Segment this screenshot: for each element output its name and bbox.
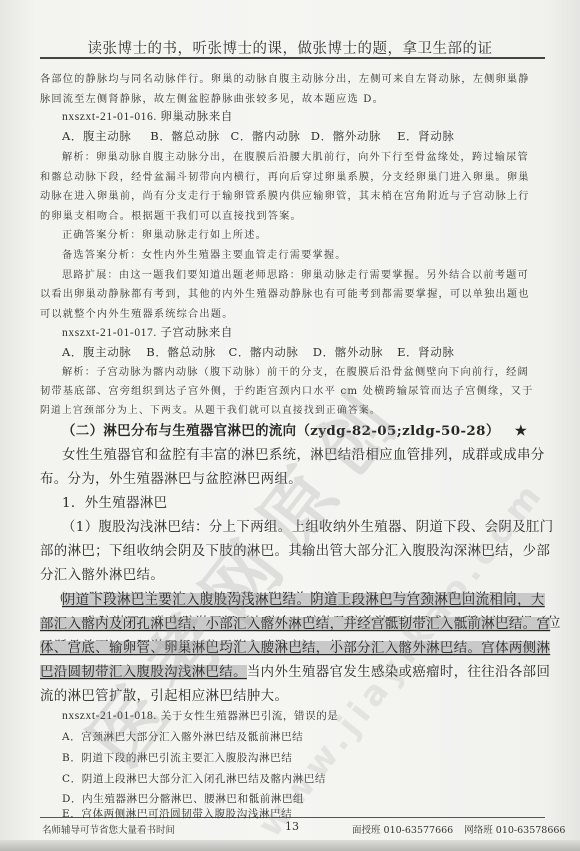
analysis-line: 韧带基底部、宫旁组织到达子宫外侧，于约距宫颈内口水平 cm 处横跨输尿管而达子宫… (40, 382, 534, 397)
analysis-line: 解析：卵巢动脉自腹主动脉分出，在腹膜后沿腰大肌前行，向外下行至骨盆缘处，跨过输尿… (62, 148, 529, 163)
question-id: nxszxt-21-01-016. (62, 111, 157, 123)
footer-contact: 面授班 010-63577666 网络班 010-63578666 (352, 822, 565, 836)
option-c[interactable]: C．阴道上段淋巴大部分汇入闭孔淋巴结及髂内淋巴结 (62, 771, 326, 786)
question-016: nxszxt-21-01-016. 卵巢动脉来自 (62, 108, 233, 124)
extension-line: 可以就整个内外生殖器系统综合出题。 (40, 305, 234, 320)
body-line: （1）腹股沟浅淋巴结：分上下两组。上组收纳外生殖器、阴道下段、会阴及肛门 (62, 516, 554, 535)
option-b[interactable]: B．髂总动脉 (146, 344, 224, 360)
question-id: nxszxt-21-01-017. (62, 327, 157, 339)
analysis-line: 阴道上宫颈部分为上、下两支。从题干我们就可以直接找到正确答案。 (40, 402, 381, 416)
option-c[interactable]: C．髂内动脉 (229, 344, 309, 360)
analysis-line: 的卵巢支相吻合。根据题干我们可以直接找到答案。 (40, 207, 302, 222)
option-b[interactable]: B．阴道下段的淋巴引流主要汇入腹股沟淋巴结 (62, 750, 292, 765)
options-017: A．腹主动脉 B．髂总动脉 C．髂内动脉 D．髂外动脉 E．肾动脉 (62, 344, 454, 360)
option-d[interactable]: D．内生殖器淋巴分髂淋巴、腰淋巴和骶前淋巴组 (62, 791, 304, 806)
alt-analysis: 备选答案分析：女性内外生殖器主要血管走行需要掌握。 (62, 246, 347, 261)
question-018: nxszxt-21-01-018. 关于女性生殖器淋巴引流，错误的是 (62, 708, 338, 723)
section-title: （二）淋巴分布与生殖器官淋巴的流向（zydg-82-05;zldg-50-28） (62, 423, 500, 439)
analysis-line: 动脉在进入卵巢前，尚有分支走行于输卵管系膜内供应输卵管，其末梢在宫角附近与子宫动… (40, 187, 530, 202)
option-c[interactable]: C．髂内动脉 (231, 128, 307, 144)
body-line: 分汇入髂外淋巴结。 (40, 564, 164, 583)
scan-edge (0, 840, 580, 851)
body-line: （2）腹股沟深淋巴结：收纳阴蒂、腹股沟浅淋巴，汇入髂外及闭孔等淋巴结。 (52, 588, 530, 607)
option-e[interactable]: E．肾动脉 (397, 344, 454, 360)
option-d[interactable]: D．髂外动脉 (311, 128, 393, 144)
document-page: 读张博士的书，听张博士的课，做张博士的题，拿卫生部的证 各部位的静脉均与同名动脉… (0, 0, 580, 851)
question-stem: 关于女性生殖器淋巴引流，错误的是 (161, 710, 339, 722)
option-a[interactable]: A．腹主动脉 (62, 128, 146, 144)
section-heading: （二）淋巴分布与生殖器官淋巴的流向（zydg-82-05;zldg-50-28）… (62, 420, 527, 439)
body-line: 于骶骨前面）和腰淋巴组（位于腹主动脉旁）3 组。 (40, 636, 357, 655)
intro-line: 各部位的静脉均与同名动脉伴行。卵巢的动脉自腹主动脉分出，左侧可来自左肾动脉，左侧… (40, 70, 530, 85)
online-class-phone: 网络班 010-63578666 (464, 825, 565, 836)
body-line: 布。分为，外生殖器淋巴与盆腔淋巴两组。 (40, 468, 302, 487)
extension-line: 以看出卵巢动静脉都有考到，其他的内外生殖器动静脉也有可能考到都需要掌握，可以单独… (40, 285, 530, 300)
page-number: 13 (285, 820, 299, 833)
header-rule (40, 57, 545, 59)
option-e[interactable]: E．肾动脉 (397, 128, 454, 144)
subheading: 2．盆腔淋巴 分为髂淋巴组（由髂内、髂外及髂总淋巴结组成）、骶前淋巴组（位 (62, 612, 561, 631)
footer-left: 名师辅导可节省您大量看书时间 (42, 822, 175, 836)
option-a[interactable]: A．腹主动脉 (62, 344, 142, 360)
option-d[interactable]: D．髂外动脉 (313, 344, 393, 360)
face-class-phone: 面授班 010-63577666 (352, 825, 453, 836)
question-017: nxszxt-21-01-017. 子宫动脉来自 (62, 324, 233, 340)
question-stem: 卵巢动脉来自 (160, 111, 233, 123)
subheading: 1．外生殖器淋巴 (62, 492, 167, 511)
analysis-line: 和髂总动脉下段，经骨盆漏斗韧带向内横行，再向后穿过卵巢系膜，分支经卵巢门进入卵巢… (40, 168, 530, 183)
question-id: nxszxt-21-01-018. (62, 710, 157, 722)
question-stem: 子宫动脉来自 (160, 327, 233, 339)
body-line: 女性生殖器官和盆腔有丰富的淋巴系统，淋巴结沿相应血管排列，成群或成串分 (62, 444, 545, 463)
option-b[interactable]: B．髂总动脉 (150, 128, 226, 144)
page-header-title: 读张博士的书，听张博士的课，做张博士的题，拿卫生部的证 (0, 37, 580, 58)
analysis-line: 解析：子宫动脉为髂内动脉（腹下动脉）前干的分支，在腹膜后沿骨盆侧壁向下向前行，经… (62, 363, 529, 378)
intro-line: 脉回流至左侧肾静脉，故左侧盆腔静脉曲张较多见，故本题应选 D。 (40, 90, 384, 105)
extension-line: 思路扩展：由这一题我们要知道出题老师思路：卵巢动脉走行需要掌握。另外结合以前考题… (62, 266, 529, 281)
star-icon: ★ (515, 423, 527, 439)
option-a[interactable]: A．宫颈淋巴大部分汇入髂外淋巴结及骶前淋巴结 (62, 729, 303, 744)
correct-analysis: 正确答案分析：卵巢动脉走行如上所述。 (62, 226, 267, 241)
options-016: A．腹主动脉 B．髂总动脉 C．髂内动脉 D．髂外动脉 E．肾动脉 (62, 128, 454, 144)
option-e[interactable]: E．宫体两侧淋巴可沿圆韧带入腹股沟浅淋巴结 (62, 806, 292, 821)
body-line: 部的淋巴；下组收纳会阴及下肢的淋巴。其输出管大部分汇入腹股沟深淋巴结，少部 (40, 540, 550, 559)
